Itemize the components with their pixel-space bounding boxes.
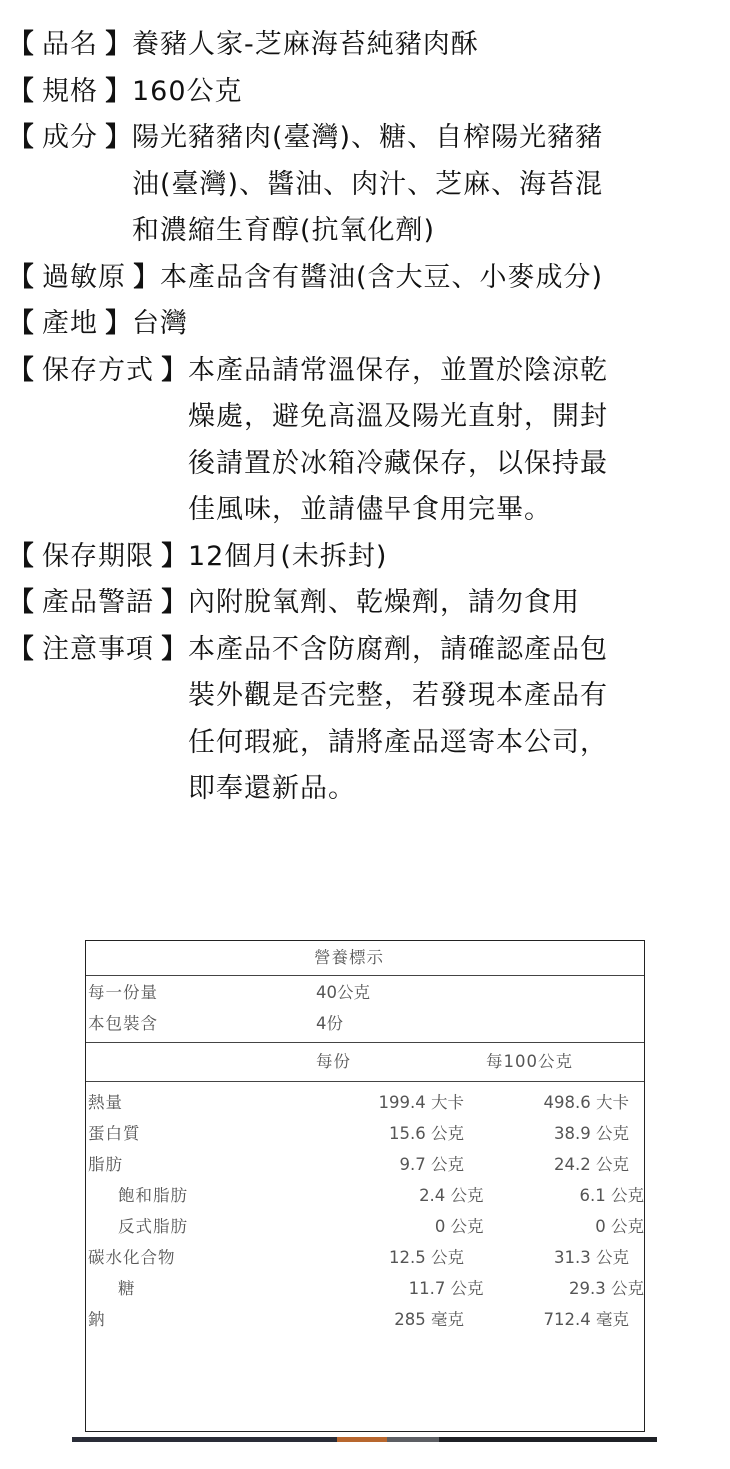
spec-value: 內附脫氧劑、乾燥劑，請勿食用 xyxy=(188,580,730,627)
spec-value-line: 內附脫氧劑、乾燥劑，請勿食用 xyxy=(188,580,730,627)
nutrient-row: 鈉285 毫克712.4 毫克 xyxy=(86,1304,644,1335)
nutrient-per-100g: 24.2 公克 xyxy=(464,1149,629,1180)
nutrient-row: 碳水化合物12.5 公克31.3 公克 xyxy=(86,1242,644,1273)
spec-value-line: 12個月(未拆封) xyxy=(188,534,730,581)
servings-per-package-row: 本包裝含 4份 xyxy=(86,1008,644,1039)
nutrient-name: 碳水化合物 xyxy=(86,1242,316,1273)
bracket-open-icon: 【 xyxy=(9,115,34,162)
spec-label-text: 產地 xyxy=(36,308,104,339)
spec-row: 【品名】養豬人家-芝麻海苔純豬肉酥 xyxy=(8,22,730,69)
nutrient-per-100g: 0 公克 xyxy=(484,1211,644,1242)
spec-row: 【產地】台灣 xyxy=(8,301,730,348)
nutrient-name: 鈉 xyxy=(86,1304,316,1335)
bracket-close-icon: 】 xyxy=(105,115,130,162)
nutrient-per-100g: 29.3 公克 xyxy=(484,1273,644,1304)
bracket-open-icon: 【 xyxy=(9,627,34,674)
column-header-row: 每份 每100公克 xyxy=(86,1043,644,1082)
col-per-serving: 每份 xyxy=(316,1043,486,1081)
spec-row: 【保存方式】本產品請常溫保存，並置於陰涼乾燥處，避免高溫及陽光直射，開封後請置於… xyxy=(8,348,730,534)
bracket-open-icon: 【 xyxy=(9,22,34,69)
spec-label-text: 規格 xyxy=(36,76,104,107)
nutrient-row: 熱量199.4 大卡498.6 大卡 xyxy=(86,1087,644,1118)
serving-size-label: 每一份量 xyxy=(86,977,316,1008)
nutrient-per-100g: 498.6 大卡 xyxy=(464,1087,629,1118)
nutrient-per-100g: 712.4 毫克 xyxy=(464,1304,629,1335)
spec-label-text: 成分 xyxy=(36,122,104,153)
nutrition-title: 營養標示 xyxy=(86,941,644,976)
bracket-close-icon: 】 xyxy=(161,627,186,674)
spec-value: 養豬人家-芝麻海苔純豬肉酥 xyxy=(132,22,730,69)
spec-label-text: 保存方式 xyxy=(36,355,160,386)
spec-value: 陽光豬豬肉(臺灣)、糖、自榨陽光豬豬油(臺灣)、醬油、肉汁、芝麻、海苔混和濃縮生… xyxy=(132,115,730,255)
bracket-open-icon: 【 xyxy=(9,580,34,627)
spec-value-line: 燥處，避免高溫及陽光直射，開封 xyxy=(188,394,730,441)
spec-value-line: 後請置於冰箱冷藏保存，以保持最 xyxy=(188,441,730,488)
nutrient-per-serving: 15.6 公克 xyxy=(316,1118,464,1149)
spec-label-text: 品名 xyxy=(36,29,104,60)
color-bar-segment xyxy=(72,1437,337,1442)
col-per-100g: 每100公克 xyxy=(486,1043,626,1081)
nutrient-per-serving: 9.7 公克 xyxy=(316,1149,464,1180)
spec-label-text: 保存期限 xyxy=(36,541,160,572)
bracket-close-icon: 】 xyxy=(105,69,130,116)
nutrient-name: 蛋白質 xyxy=(86,1118,316,1149)
nutrient-per-serving: 12.5 公克 xyxy=(316,1242,464,1273)
serving-size-row: 每一份量 40公克 xyxy=(86,977,644,1008)
bracket-close-icon: 】 xyxy=(161,348,186,395)
spec-label: 【保存方式】 xyxy=(8,348,188,395)
spec-label: 【產地】 xyxy=(8,301,132,348)
spec-value-line: 即奉還新品。 xyxy=(188,766,730,813)
spec-value-line: 本產品不含防腐劑，請確認產品包 xyxy=(188,627,730,674)
bracket-open-icon: 【 xyxy=(9,301,34,348)
spec-value-line: 台灣 xyxy=(132,301,730,348)
spec-label: 【產品警語】 xyxy=(8,580,188,627)
spec-label: 【規格】 xyxy=(8,69,132,116)
spec-row: 【規格】160公克 xyxy=(8,69,730,116)
nutrient-rows: 熱量199.4 大卡498.6 大卡蛋白質15.6 公克38.9 公克脂肪9.7… xyxy=(86,1082,644,1335)
nutrient-row: 糖11.7 公克29.3 公克 xyxy=(86,1273,644,1304)
spec-label: 【成分】 xyxy=(8,115,132,162)
serving-size-value: 40公克 xyxy=(316,977,464,1008)
spec-row: 【過敏原】本產品含有醬油(含大豆、小麥成分) xyxy=(8,255,730,302)
spec-value-line: 本產品含有醬油(含大豆、小麥成分) xyxy=(160,255,730,302)
color-bar-segment xyxy=(387,1437,439,1442)
spec-row: 【保存期限】12個月(未拆封) xyxy=(8,534,730,581)
spec-value-line: 陽光豬豬肉(臺灣)、糖、自榨陽光豬豬 xyxy=(132,115,730,162)
nutrient-name: 脂肪 xyxy=(86,1149,316,1180)
bracket-close-icon: 】 xyxy=(105,22,130,69)
spec-value-line: 油(臺灣)、醬油、肉汁、芝麻、海苔混 xyxy=(132,162,730,209)
nutrient-per-serving: 199.4 大卡 xyxy=(316,1087,464,1118)
nutrient-per-serving: 0 公克 xyxy=(340,1211,484,1242)
nutrient-per-100g: 31.3 公克 xyxy=(464,1242,629,1273)
spec-label: 【注意事項】 xyxy=(8,627,188,674)
nutrient-per-100g: 38.9 公克 xyxy=(464,1118,629,1149)
spec-label-text: 注意事項 xyxy=(36,634,160,665)
spec-row: 【注意事項】本產品不含防腐劑，請確認產品包裝外觀是否完整，若發現本產品有任何瑕疵… xyxy=(8,627,730,813)
spec-value-line: 160公克 xyxy=(132,69,730,116)
nutrient-per-serving: 11.7 公克 xyxy=(340,1273,484,1304)
spec-value-line: 本產品請常溫保存，並置於陰涼乾 xyxy=(188,348,730,395)
nutrition-facts-table: 營養標示 每一份量 40公克 本包裝含 4份 每份 每100公克 熱量199.4… xyxy=(85,940,645,1432)
spec-value: 本產品不含防腐劑，請確認產品包裝外觀是否完整，若發現本產品有任何瑕疵，請將產品逕… xyxy=(188,627,730,813)
spec-label-text: 產品警語 xyxy=(36,587,160,618)
spec-label: 【品名】 xyxy=(8,22,132,69)
bracket-open-icon: 【 xyxy=(9,348,34,395)
bracket-close-icon: 】 xyxy=(105,301,130,348)
spec-value: 160公克 xyxy=(132,69,730,116)
bracket-open-icon: 【 xyxy=(9,255,34,302)
nutrient-name: 飽和脂肪 xyxy=(86,1180,340,1211)
spec-value-line: 佳風味，並請儘早食用完畢。 xyxy=(188,487,730,534)
spec-value-line: 養豬人家-芝麻海苔純豬肉酥 xyxy=(132,22,730,69)
nutrient-name: 反式脂肪 xyxy=(86,1211,340,1242)
nutrient-row: 蛋白質15.6 公克38.9 公克 xyxy=(86,1118,644,1149)
servings-label: 本包裝含 xyxy=(86,1008,316,1039)
serving-info: 每一份量 40公克 本包裝含 4份 xyxy=(86,976,644,1043)
bracket-open-icon: 【 xyxy=(9,69,34,116)
bracket-close-icon: 】 xyxy=(161,534,186,581)
spec-value: 台灣 xyxy=(132,301,730,348)
nutrient-row: 反式脂肪0 公克0 公克 xyxy=(86,1211,644,1242)
footer-color-bar xyxy=(72,1437,657,1442)
bracket-close-icon: 】 xyxy=(161,580,186,627)
spec-value: 本產品請常溫保存，並置於陰涼乾燥處，避免高溫及陽光直射，開封後請置於冰箱冷藏保存… xyxy=(188,348,730,534)
spec-label-text: 過敏原 xyxy=(36,262,132,293)
spec-row: 【成分】陽光豬豬肉(臺灣)、糖、自榨陽光豬豬油(臺灣)、醬油、肉汁、芝麻、海苔混… xyxy=(8,115,730,255)
nutrient-name: 熱量 xyxy=(86,1087,316,1118)
servings-value: 4份 xyxy=(316,1008,464,1039)
nutrient-row: 飽和脂肪2.4 公克6.1 公克 xyxy=(86,1180,644,1211)
spec-label: 【保存期限】 xyxy=(8,534,188,581)
spec-value-line: 裝外觀是否完整，若發現本產品有 xyxy=(188,673,730,720)
nutrient-row: 脂肪9.7 公克24.2 公克 xyxy=(86,1149,644,1180)
nutrient-name: 糖 xyxy=(86,1273,340,1304)
nutrient-per-serving: 285 毫克 xyxy=(316,1304,464,1335)
nutrient-per-100g: 6.1 公克 xyxy=(484,1180,644,1211)
spec-row: 【產品警語】內附脫氧劑、乾燥劑，請勿食用 xyxy=(8,580,730,627)
bracket-close-icon: 】 xyxy=(133,255,158,302)
color-bar-segment xyxy=(439,1437,657,1442)
product-spec-list: 【品名】養豬人家-芝麻海苔純豬肉酥【規格】160公克【成分】陽光豬豬肉(臺灣)、… xyxy=(8,22,730,813)
bracket-open-icon: 【 xyxy=(9,534,34,581)
spec-label: 【過敏原】 xyxy=(8,255,160,302)
spec-value-line: 任何瑕疵，請將產品逕寄本公司， xyxy=(188,720,730,767)
nutrient-per-serving: 2.4 公克 xyxy=(340,1180,484,1211)
color-bar-segment xyxy=(337,1437,387,1442)
spec-value: 本產品含有醬油(含大豆、小麥成分) xyxy=(160,255,730,302)
spec-value: 12個月(未拆封) xyxy=(188,534,730,581)
spec-value-line: 和濃縮生育醇(抗氧化劑) xyxy=(132,208,730,255)
